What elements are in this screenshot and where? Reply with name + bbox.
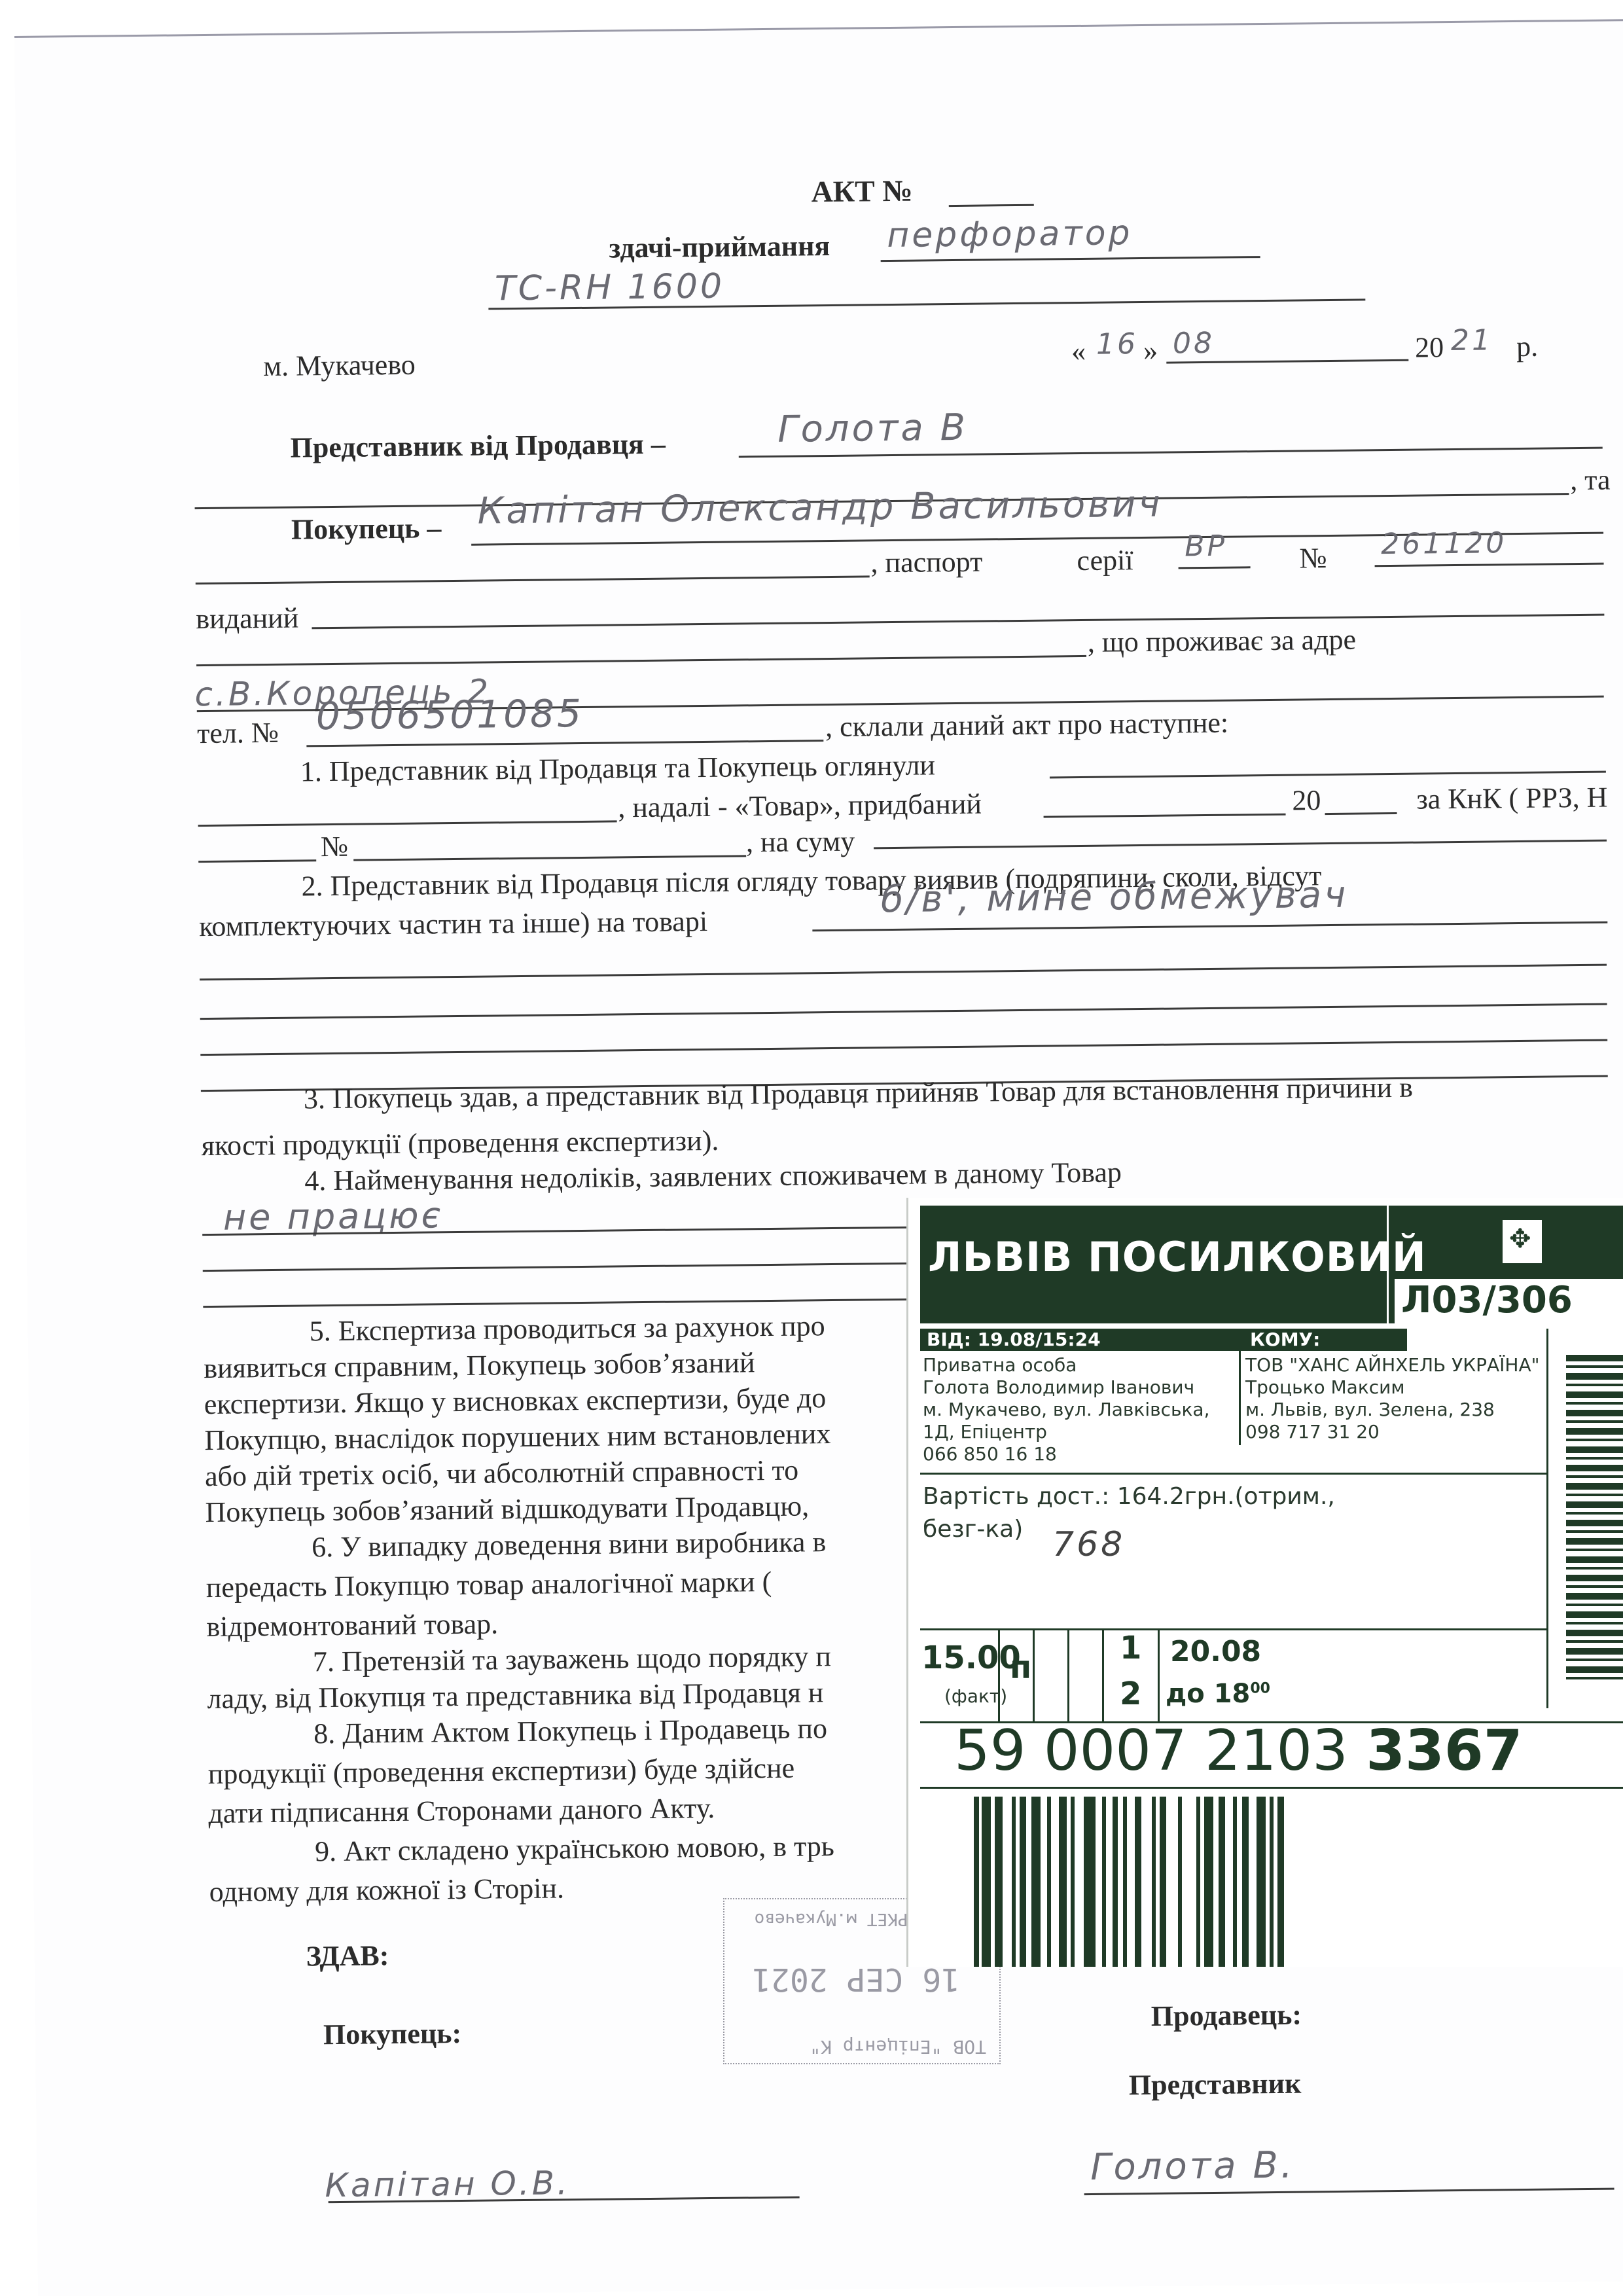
p9-line-1: одному для кожної із Сторін. — [209, 1871, 564, 1909]
p4-line1: 4. Найменування недоліків, заявлених спо… — [304, 1155, 1122, 1198]
p2-defects-field[interactable] — [812, 922, 1607, 932]
p6-line-0: 6. У випадку доведення вини виробника в — [312, 1525, 827, 1564]
stamp-line-company: ТОВ "Епіцентр К" — [810, 2036, 986, 2058]
type-code: п — [1010, 1649, 1031, 1686]
date-year-prefix: 20 — [1415, 331, 1444, 365]
route-code-box: Л03/306 — [1395, 1279, 1623, 1326]
p1-line2a: , надалі - «Товар», придбаний — [618, 787, 982, 825]
seller-rep-label: Представник від Продавця – — [290, 427, 666, 465]
delivery-time-sup: 00 — [1250, 1681, 1270, 1697]
header-divider — [1387, 1206, 1389, 1323]
phone-field[interactable] — [306, 740, 823, 747]
p1-goods-field[interactable] — [1050, 771, 1606, 779]
seller-rep-tail: , та — [1570, 463, 1611, 498]
p2-handwritten: б/в', мине обмежувач — [881, 878, 1349, 917]
rep-signature: Голота В. — [1090, 2149, 1295, 2185]
to-line-3: 098 717 31 20 — [1245, 1419, 1380, 1445]
seller-signature-label: Продавець: — [1151, 1998, 1302, 2034]
p8-line-2: дати підписання Сторонами даного Акту. — [208, 1791, 715, 1831]
p3-line1: 3. Покупець здав, а представник від Прод… — [304, 1071, 1413, 1117]
date-close-quote: » — [1143, 334, 1158, 368]
to-header: КОМУ: — [1243, 1329, 1407, 1351]
tracking-number: 59 0007 2103 3367 — [954, 1718, 1523, 1784]
p8-line-0: 8. Даним Актом Покупець і Продавець по — [313, 1712, 827, 1751]
p1-line2b: 20 — [1292, 783, 1321, 817]
side-barcode — [1566, 1355, 1623, 1682]
p2-defects-field-4[interactable] — [200, 1039, 1607, 1056]
p1-line2c: за КнК ( РРЗ, Н — [1416, 781, 1608, 817]
p3-line2: якості продукції (проведення експертизи)… — [202, 1124, 719, 1163]
delivery-time: до 1800 — [1166, 1679, 1270, 1709]
delivery-cost-line1: Вартість дост.: 164.2грн.(отрим., — [923, 1482, 1335, 1511]
date-month: 08 — [1173, 327, 1215, 361]
passport-series-field[interactable] — [1179, 566, 1251, 569]
route-code: Л03/306 — [1401, 1279, 1573, 1321]
delivery-cost-line2: безг-ка) — [923, 1515, 1023, 1544]
buyer-field-2[interactable] — [196, 575, 870, 584]
shipping-label: ЛЬВІВ ПОСИЛКОВИЙ Л03/306 ВІД: 19.08/15:2… — [906, 1198, 1623, 1967]
piece-total: 2 — [1120, 1676, 1141, 1712]
issued-field-2[interactable] — [196, 655, 1086, 666]
buyer-signature-label: Покупець: — [323, 2017, 462, 2052]
passport-label: , паспорт — [870, 545, 982, 581]
barcode-top-rule — [920, 1787, 1623, 1789]
piece-number: 1 — [1120, 1630, 1141, 1666]
p1-line1: 1. Представник від Продавця та Покупець … — [300, 748, 936, 789]
p5-line-3: Покупцю, внаслідок порушених ним встанов… — [204, 1417, 830, 1458]
p1-receipt-prefix-field[interactable] — [198, 859, 316, 863]
handed-label: ЗДАВ: — [306, 1939, 389, 1973]
p1-purchase-date-field[interactable] — [1044, 814, 1286, 818]
act-subtitle-label: здачі-приймання — [609, 229, 830, 266]
p2-defects-field-2[interactable] — [200, 964, 1607, 981]
p1-number-label: № — [321, 830, 349, 864]
p5-line-5: Покупець зобов’язаний відшкодувати Прода… — [205, 1489, 809, 1530]
p5-line-4: або дій третіх осіб, чи абсолютній справ… — [205, 1454, 799, 1494]
from-line-4: 066 850 16 18 — [923, 1441, 1057, 1467]
p9-line-0: 9. Акт складено українською мовою, в трь — [315, 1829, 834, 1869]
date-open-quote: « — [1071, 334, 1086, 368]
p1-sum-field[interactable] — [874, 840, 1607, 850]
p5-line-2: експертизи. Якщо у висновках експертизи,… — [204, 1381, 827, 1422]
p6-line-1: передасть Покупцю товар аналогічної марк… — [206, 1565, 772, 1605]
buyer-signature: Капітан О.В. — [325, 2166, 570, 2202]
act-title: АКТ № — [811, 174, 913, 209]
act-number-field[interactable] — [949, 204, 1034, 207]
handwritten-number: 768 — [1052, 1525, 1125, 1564]
buyer-handwritten: Капітан Олександр Васильович — [477, 488, 1162, 529]
issued-field[interactable] — [312, 614, 1604, 630]
composed-label: , склали даний акт про наступне: — [825, 706, 1229, 744]
passport-number-handwritten: 261120 — [1381, 526, 1507, 562]
phone-handwritten: 0506501085 — [316, 696, 584, 733]
carrier-name: ЛЬВІВ ПОСИЛКОВИЙ — [928, 1233, 1427, 1281]
passport-number-label: № — [1299, 541, 1327, 575]
address-bottom-rule — [920, 1473, 1547, 1475]
p2-defects-field-3[interactable] — [200, 1003, 1607, 1020]
passport-number-field[interactable] — [1375, 563, 1604, 567]
tracking-number-bold: 3367 — [1366, 1718, 1522, 1784]
tracking-barcode — [974, 1797, 1445, 1967]
p1-receipt-number-field[interactable] — [353, 855, 746, 861]
seller-rep-handwritten: Голота В — [777, 411, 968, 447]
p5-line-1: виявиться справним, Покупець зобов’язани… — [204, 1346, 755, 1386]
rep-signature-field[interactable] — [1084, 2188, 1614, 2195]
city-label: м. Мукачево — [263, 348, 416, 384]
subtitle-field[interactable] — [881, 256, 1260, 262]
residence-label: , що проживає за адре — [1088, 623, 1357, 660]
phone-label: тел. № — [197, 716, 279, 751]
p1-goods-field-2[interactable] — [198, 820, 617, 827]
weight-note: (факт) — [944, 1685, 1007, 1707]
right-column-divider — [1546, 1329, 1548, 1708]
p8-line-1: продукції (проведення експертизи) буде з… — [208, 1751, 795, 1791]
delivery-date: 20.08 — [1170, 1635, 1261, 1668]
p7-line-0: 7. Претензій та зауважень щодо порядку п — [313, 1640, 831, 1679]
date-year-suffix-label: р. — [1516, 330, 1539, 364]
from-to-divider — [1239, 1329, 1241, 1445]
tracking-number-regular: 59 0007 2103 — [954, 1718, 1348, 1784]
p6-line-2: відремонтований товар. — [206, 1607, 498, 1644]
from-header: ВІД: 19.08/15:24 — [920, 1329, 1247, 1351]
issued-label: виданий — [196, 601, 298, 637]
p1-purchase-year-field[interactable] — [1325, 812, 1397, 815]
p2-line2: комплектуючих частин та інше) на товарі — [199, 905, 707, 944]
passport-series-label: серії — [1077, 543, 1133, 578]
delivery-time-prefix: до 18 — [1166, 1679, 1250, 1709]
rep-signature-label: Представник — [1129, 2067, 1302, 2103]
date-year-suffix: 21 — [1451, 323, 1493, 358]
buyer-label: Покупець – — [291, 511, 442, 547]
info-row-top-rule — [920, 1628, 1547, 1630]
parcel-box-icon — [1503, 1220, 1542, 1263]
subtitle-handwritten: перфоратор — [887, 216, 1133, 253]
label-header: ЛЬВІВ ПОСИЛКОВИЙ Л03/306 — [920, 1206, 1623, 1323]
passport-series-handwritten: ВР — [1185, 529, 1227, 564]
p7-line-1: ладу, від Покупця та представника від Пр… — [207, 1676, 823, 1716]
p1-sum-label: , на суму — [746, 825, 855, 860]
model-handwritten: TC-RH 1600 — [495, 270, 724, 306]
p5-line-0: 5. Експертиза проводиться за рахунок про — [309, 1309, 825, 1348]
p4-handwritten: не працює — [223, 1198, 444, 1235]
date-day: 16 — [1096, 327, 1139, 362]
